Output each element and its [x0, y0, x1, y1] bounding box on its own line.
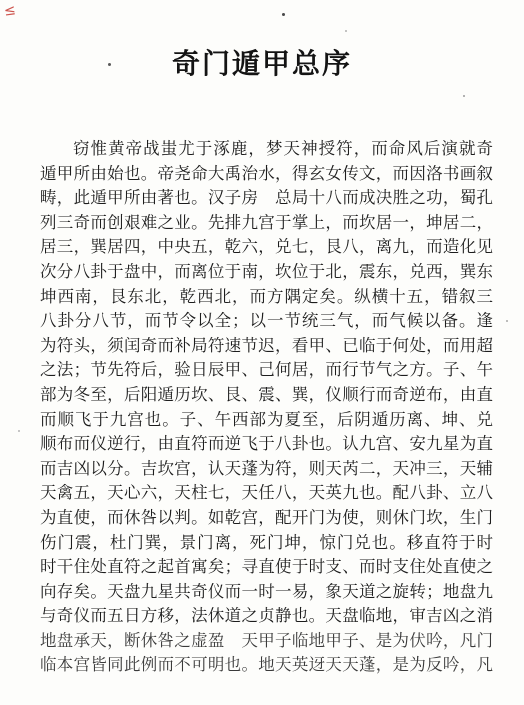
text-line: 次分八卦于盘中，而离位于南，坎位于北，震东，兑西，巽东南， — [40, 260, 493, 285]
body-paragraph: 窃惟黄帝战蚩尤于涿鹿，梦天神授符，而命风后演就奇门，此 遁甲所由始也。帝尧命大禹… — [40, 137, 493, 678]
text-line: 坤西南，艮东北，乾西北，而方隅定矣。纵横十五，错叙三元；以 — [40, 285, 493, 310]
paper-speck — [506, 320, 508, 322]
text-line: 地盘承天，断休咎之虚盈 天甲子临地甲子、是为伏吟，凡门符 — [40, 629, 493, 654]
text-line: 八卦分八节，而节令以全；以一节统三气，而气候以备。逢甲、己 — [40, 309, 493, 334]
text-line: 居三，巽居四，中央五，乾六，兑七，艮八，离九，而造化见矣。 — [40, 235, 493, 260]
text-line: 时干住处直符之起首寓矣；寻直使于时支、而时支住处直使之方 — [40, 555, 493, 580]
text-line: 遁甲所由始也。帝尧命大禹治水，得玄女传文，而因洛书画叙九 — [40, 162, 493, 187]
paper-speck — [18, 430, 20, 432]
text-line: 与奇仪而五日方移，法休道之贞静也。天盘临地，审吉凶之消长； — [40, 604, 493, 629]
text-line: 而顺飞于九宫也。子、午西部为夏至，后阴遁历离、坤、兑乾，奇 — [40, 408, 493, 433]
scanned-book-page: ≤ 奇门遁甲总序 窃惟黄帝战蚩尤于涿鹿，梦天神授符，而命风后演就奇门，此 遁甲所… — [0, 0, 524, 705]
text-line: 为符头，须闰奇而补局符速节迟，看甲、已临于何处，而用超神 — [40, 334, 493, 359]
red-pen-mark: ≤ — [3, 3, 17, 18]
text-line: 顺布而仪逆行，由直符而逆飞于八卦也。认九宫、安九星为直符， — [40, 432, 493, 457]
text-line: 为直使，而休咎以判。如乾宫，配开门为使，则休门坎，生门艮， — [40, 506, 493, 531]
text-line: 畴，此遁甲所由著也。汉子房 总局十八而成决胜之功，蜀孔明分 — [40, 186, 493, 211]
text-line: 之法；节先符后，验日辰甲、己何居，而行节气之方。子、午东 — [40, 358, 493, 383]
text-line: 列三奇而创艰难之业。先排九宫于掌上，而坎居一，坤居二，震 — [40, 211, 493, 236]
paper-speck — [282, 13, 285, 16]
text-line: 伤门震，杜门巽，景门离，死门坤，惊门兑也。移直符于时干，而 — [40, 531, 493, 556]
page-title: 奇门遁甲总序 — [0, 42, 524, 82]
paper-speck — [345, 30, 347, 32]
paper-speck — [463, 95, 465, 97]
text-line: 天禽五，天心六，天柱七，天任八，天英九也。配八卦、立八门 — [40, 481, 493, 506]
text-line: 部为冬至，后阳遁历坎、艮、震、巽，仪顺行而奇逆布，由直符 — [40, 383, 493, 408]
text-line: 向存矣。天盘九星共奇仪而一时一易，象天道之旋转；地盘九星 — [40, 580, 493, 605]
text-line: 窃惟黄帝战蚩尤于涿鹿，梦天神授符，而命风后演就奇门，此 — [40, 137, 493, 162]
text-line: 而吉凶以分。吉坎宫，认天蓬为符，则天芮二，天冲三，天辅四， — [40, 457, 493, 482]
text-line: 临本宫皆同此例而不可明也。地天英迓天天蓬，是为反吟，凡门 — [40, 653, 493, 678]
